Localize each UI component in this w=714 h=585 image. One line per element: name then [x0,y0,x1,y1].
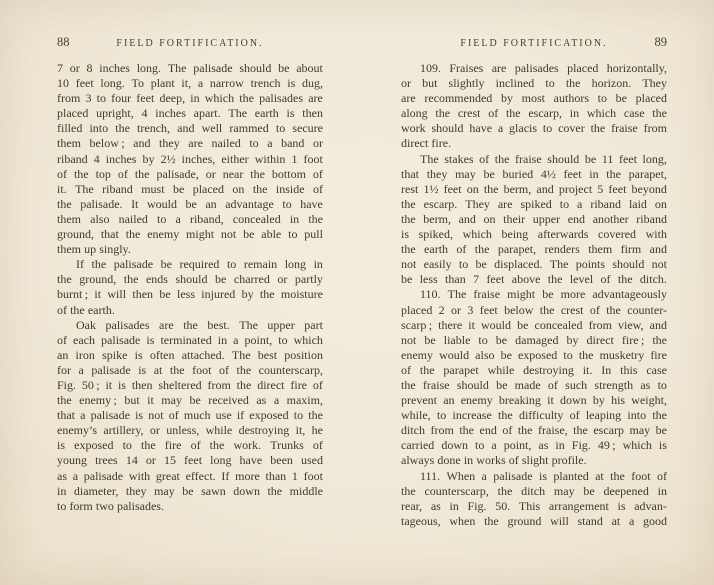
text-line: enemy’sartillery,orunless,whiledestroyin… [57,423,323,438]
text-line: youngtrees14or15feetlonghavebeenused [57,453,323,468]
text-line: carrieddowntoapoint,asinFig.49 ;whichis [401,438,667,453]
text-line: ditchfromtheendofthefraise,theescarpmayb… [401,423,667,438]
text-line: burnt ;itwillthenbelessinjuredbythemoist… [57,287,323,302]
text-line: while,toincreasethedifficultyofleapingin… [401,408,667,423]
text-line: oftheearth. [57,303,323,318]
text-line: scarp ;thereitwouldbeconcealedfromview,a… [401,318,667,333]
text-line: indiameter,theymaybesawndownthemiddle [57,484,323,499]
text-line: thatapalisadeisnotofmuchuseifexposedtoth… [57,408,323,423]
text-line: placed2or3feetbelowthecrestofthecounter- [401,303,667,318]
text-line: enemywouldalsobeexposedtothemusketryfire [401,348,667,363]
text-line: ground,thattheenemymightnotbeabletopull [57,227,323,242]
text-line: notbeliabletobedamagedbydirectfire ;the [401,333,667,348]
text-line: theenemy ;butitmaybereceivedasamaxim, [57,393,323,408]
page-header: FIELD FORTIFICATION. 89 [401,35,667,49]
text-line: ofthetopofthepalisade,ornearthebottomof [57,167,323,182]
text-line: noteasilytobedisplaced.Thepointsshouldno… [401,257,667,272]
text-line: it.Theribandmustbeplacedontheinsideof [57,182,323,197]
text-line: thattheymaybeburied4½feetintheparapet, [401,167,667,182]
text-line: asapalisadewithgreateffect.Ifmorethan1fo… [57,469,323,484]
page-body: 7or8incheslong.Thepalisadeshouldbeabout1… [57,61,323,514]
text-line: 10feetlong.Toplantit,anarrowtrenchisdug, [57,76,323,91]
page-body: 109.Fraisesarepalisadesplacedhorizontall… [401,61,667,529]
text-line: arerecommendedbymostauthorstobeplaced [401,91,667,106]
text-line: alongthecrestoftheescarp,inwhichcasethe [401,106,667,121]
text-line: theearthoftheparapet,rendersthemfirmand [401,242,667,257]
text-line: thembelow ;andtheyarenailedtoabandor [57,136,323,151]
text-line: isexposedtothefireofthework.Trunksof [57,438,323,453]
text-line: Oakpalisadesarethebest.Theupperpart [57,318,323,333]
text-line: forapalisadeisatthefootofthecounterscarp… [57,363,323,378]
text-line: oftheparapetwhiledestroyingit.Inthiscase [401,363,667,378]
text-line: Fig.50 ;itisthenshelteredfromthedirectfi… [57,378,323,393]
text-line: 111.Whenapalisadeisplantedatthefootof [401,469,667,484]
text-line: thecounterscarp,theditchmaybedeepenedin [401,484,667,499]
page-number: 88 [57,35,70,50]
text-line: directfire. [401,136,667,151]
text-line: riband4inchesby2½inches,eitherwithin1foo… [57,152,323,167]
page-left: 88 FIELD FORTIFICATION. 7or8incheslong.T… [57,35,323,514]
text-line: 7or8incheslong.Thepalisadeshouldbeabout [57,61,323,76]
text-line: thefraiseshouldbemadeofsuchstrengthasto [401,378,667,393]
text-line: rest1½feetontheberm,andproject5feetbeyon… [401,182,667,197]
text-line: rear,asinFig.50.Thisarrangementisadvan- [401,499,667,514]
text-line: theberm,andontheirupperendanotherriband [401,212,667,227]
text-line: from3tofourfeetdeep,inwhichthepalisadesa… [57,91,323,106]
text-line: orbutslightlyinclinedtothehorizon.They [401,76,667,91]
running-head: FIELD FORTIFICATION. [460,38,607,49]
text-line: filledintothetrench,andwellrammedtosecur… [57,121,323,136]
text-line: theground,theendsshouldbecharredorpartly [57,272,323,287]
book-scan: 88 FIELD FORTIFICATION. 7or8incheslong.T… [0,0,714,585]
text-line: anironspikeisoftenattached.Thebestpositi… [57,348,323,363]
text-line: alwaysdoneinworksofslightprofile. [401,453,667,468]
text-line: thepalisade.Itwouldbeanadvantagetohave [57,197,323,212]
text-line: theescarp.Theyarespikedtoaribandlaidon [401,197,667,212]
text-line: toformtwopalisades. [57,499,323,514]
text-line: ofeachpalisadeisterminatedinapoint,towhi… [57,333,323,348]
text-line: tageous,whenthegroundwillstandatagood [401,514,667,529]
text-line: isspiked,whichbeingafterwardscoveredwith [401,227,667,242]
text-line: placedupright,4inchesapart.Theearthisthe… [57,106,323,121]
text-line: themupsingly. [57,242,323,257]
text-line: 110.Thefraisemightbemoreadvantageously [401,287,667,302]
text-line: Thestakesofthefraiseshouldbe11feetlong, [401,152,667,167]
text-line: 109.Fraisesarepalisadesplacedhorizontall… [401,61,667,76]
text-line: themalsonailedtoariband,concealedinthe [57,212,323,227]
text-line: belessthan7feetabovetheleveloftheditch. [401,272,667,287]
text-line: workshouldhaveaglacistocoverthefraisefro… [401,121,667,136]
running-head: FIELD FORTIFICATION. [116,38,263,49]
text-line: preventanenemybreakingitdownbyhisweight, [401,393,667,408]
page-number: 89 [655,35,668,50]
text-line: Ifthepalisadeberequiredtoremainlongin [57,257,323,272]
page-header: 88 FIELD FORTIFICATION. [57,35,323,49]
page-right: FIELD FORTIFICATION. 89 109.Fraisesarepa… [401,35,667,529]
